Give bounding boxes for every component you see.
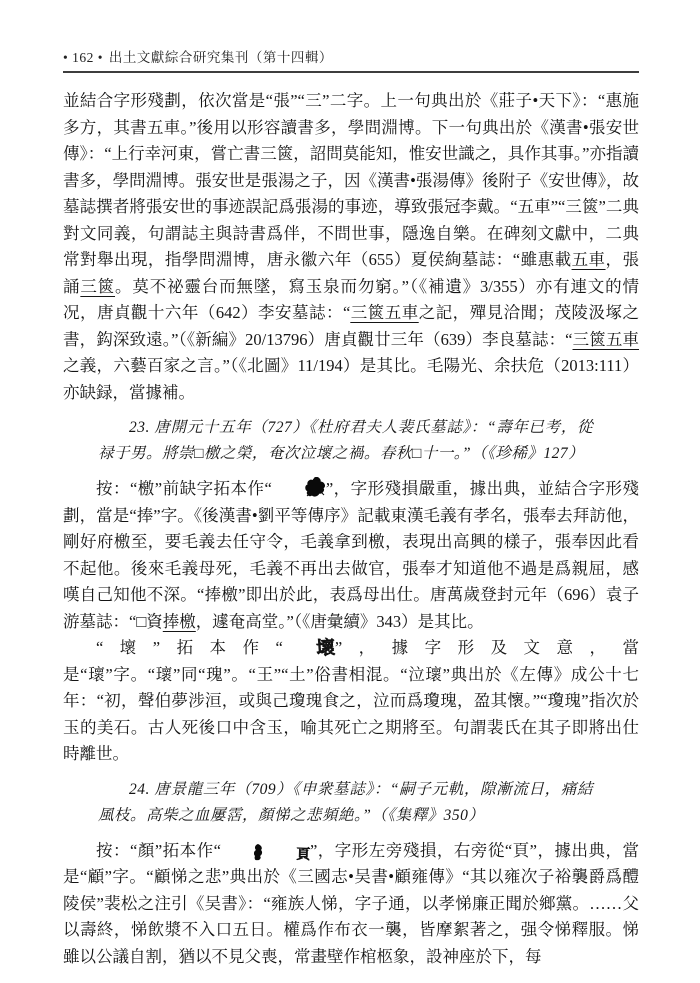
underlined-term: 三篋五車 [350, 303, 418, 322]
block-quote-23: 23. 唐開元十五年（727）《杜府君夫人裴氏墓誌》：“壽年已考，從禄于男。將崇… [98, 415, 593, 467]
rubbing-character-image: 壞 [282, 638, 335, 661]
text-segment: 按：“顏”拓本作“ [96, 841, 221, 860]
underlined-term: 捧檄 [163, 612, 196, 631]
text-segment: 並結合字形殘劃，依次當是“張”“三”二字。上一句典出於《莊子•天下》：“惠施多方… [63, 91, 639, 269]
rubbing-ink-blob-image [272, 477, 326, 497]
underlined-term: 五車 [572, 250, 606, 269]
text-segment: 之義，六藝百家之言。”（《北圖》11/194）是其比。毛陽光、余扶危（2013:… [63, 356, 639, 402]
quote-text: 23. 唐開元十五年（727）《杜府君夫人裴氏墓誌》：“壽年已考，從禄于男。將崇… [98, 419, 593, 462]
rubbing-damaged-character-image: 頁 [221, 844, 310, 862]
text-segment: 按：“檄”前缺字拓本作“ [96, 479, 272, 498]
running-header: • 162 • 出土文獻綜合研究集刊（第十四輯） [63, 46, 639, 66]
text-segment: ”，字形殘損嚴重，據出典，並結合字形殘劃，當是“捧”字。《後漢書•劉平等傳序》記… [63, 479, 639, 631]
page-body: 並結合字形殘劃，依次當是“張”“三”二字。上一句典出於《莊子•天下》：“惠施多方… [63, 88, 639, 970]
header-rule [63, 71, 639, 73]
paragraph-4: 按：“顏”拓本作“頁”，字形左旁殘損，右旁從“頁”，據出典，當是“顧”字。“顧悌… [63, 838, 639, 971]
book-title: 出土文獻綜合研究集刊（第十四輯） [109, 50, 333, 65]
block-quote-24: 24. 唐景龍三年（709）《申衆墓誌》：“嗣子元軌，隙漸流日，痛結風枝。高柴之… [98, 777, 593, 829]
paragraph-1: 並結合字形殘劃，依次當是“張”“三”二字。上一句典出於《莊子•天下》：“惠施多方… [63, 88, 639, 406]
quote-text: 24. 唐景龍三年（709）《申衆墓誌》：“嗣子元軌，隙漸流日，痛結風枝。高柴之… [98, 781, 593, 824]
document-page: • 162 • 出土文獻綜合研究集刊（第十四輯） 並結合字形殘劃，依次當是“張”… [0, 0, 700, 983]
page-number: • 162 • [63, 50, 103, 65]
rubbing-ye-glyph: 頁 [263, 847, 310, 863]
text-segment: “壞”拓本作“ [96, 638, 283, 657]
paragraph-3: “壞”拓本作“壞”，據字形及文意，當是“瓌”字。“瓌”同“瑰”。“王”“土”俗書… [63, 635, 639, 768]
underlined-term: 三篋五車 [573, 330, 640, 349]
underlined-term: 三篋 [80, 277, 115, 296]
paragraph-2: 按：“檄”前缺字拓本作“”，字形殘損嚴重，據出典，並結合字形殘劃，當是“捧”字。… [63, 476, 639, 635]
text-segment: ，遽奄高堂。”（《唐彙續》343）是其比。 [196, 612, 484, 631]
